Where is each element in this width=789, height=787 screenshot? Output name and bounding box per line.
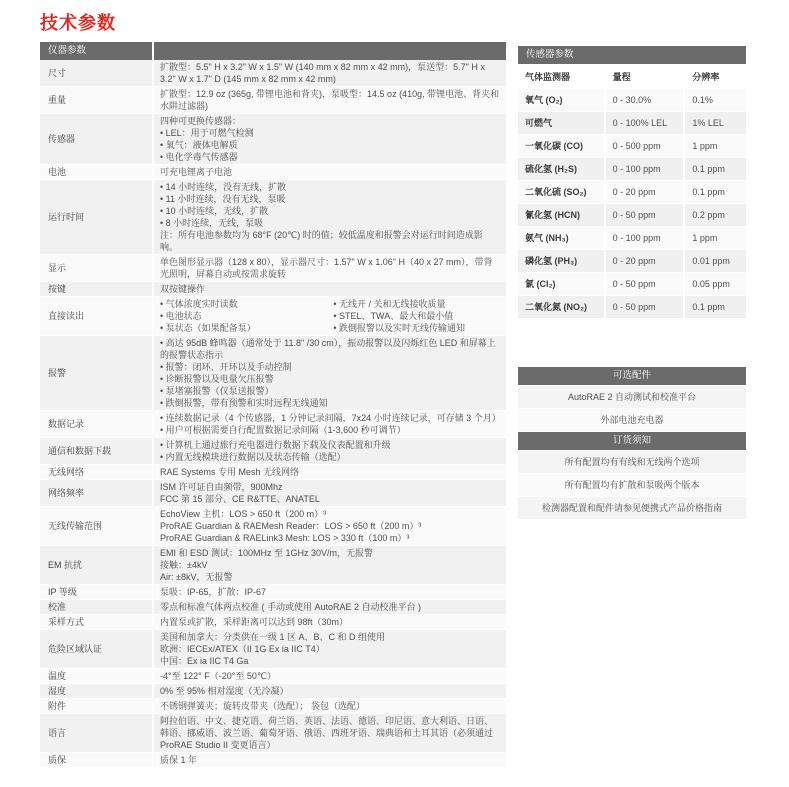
spec-label: 显示 (40, 255, 154, 282)
instrument-parameters-column: 仪器参数 尺寸扩散型：5.5" H x 3.2" W x 1.5" W (140… (40, 42, 506, 768)
sensor-resolution: 1% LEL (683, 112, 746, 135)
spec-line: • 10 小时连续，无线，扩散 (160, 205, 500, 217)
spec-line: 泵吸：IP-65，扩散：IP-67 (160, 586, 500, 598)
spec-value: ISM 许可证自由频带，900MhzFCC 第 15 部分、CE R&TTE、A… (154, 480, 506, 507)
spec-value: 单色图形显示器（128 x 80），显示器尺寸：1.57" W x 1.06" … (154, 255, 506, 282)
sensor-column-header: 量程 (604, 64, 684, 89)
instrument-table-header-spacer (154, 42, 506, 60)
ordering-item: 所有配置均有扩散和泵吸两个版本 (518, 474, 746, 496)
sensor-resolution: 0.1 ppm (683, 181, 746, 204)
accessories-section: 可选配件 AutoRAE 2 自动测试和校准平台外部电池充电器 (518, 367, 746, 431)
spec-label: 数据记录 (40, 411, 154, 438)
page-title: 技术参数 (40, 13, 746, 33)
spec-row: EM 抗扰EMI 和 ESD 测试：100MHz 至 1GHz 30V/m，无报… (40, 546, 506, 585)
spec-line: • 14 小时连续，没有无线，扩散 (160, 181, 500, 193)
sensor-row: 氰化氢 (HCN)0 - 50 ppm0.2 ppm (518, 204, 746, 227)
spec-label: 重量 (40, 87, 154, 114)
spec-line: • 8 小时连续，无线，泵吸 (160, 217, 500, 229)
spec-line: 欧洲：IECEx/ATEX（II 1G Ex ia IIC T4） (160, 643, 500, 655)
spec-row: 无线网络RAE Systems 专用 Mesh 无线网络 (40, 465, 506, 480)
spec-label: 报警 (40, 336, 154, 411)
sensor-row: 二氧化硫 (SO₂)0 - 20 ppm0.1 ppm (518, 181, 746, 204)
sensor-gas-name: 可燃气 (518, 112, 604, 135)
spec-row: 采样方式内置泵或扩散，采样距离可以达到 98ft（30m） (40, 615, 506, 630)
datasheet-page: 技术参数 仪器参数 尺寸扩散型：5.5" H x 3.2" W x 1.5" W… (0, 0, 789, 768)
spec-line: 单色图形显示器（128 x 80），显示器尺寸：1.57" W x 1.06" … (160, 256, 500, 280)
spec-line: 内置泵或扩散，采样距离可以达到 98ft（30m） (160, 616, 500, 628)
spec-row: 湿度0% 至 95% 相对湿度（无冷凝） (40, 684, 506, 699)
spec-line: • 连续数据记录（4 个传感器，1 分钟记录间隔，7x24 小时连续记录，可存储… (160, 412, 500, 424)
sensor-row: 氧气 (O₂)0 - 30.0%0.1% (518, 89, 746, 112)
spec-line: • 计算机上通过旅行充电器进行数据下载及仪表配置和升级 (160, 439, 500, 451)
content-area: 仪器参数 尺寸扩散型：5.5" H x 3.2" W x 1.5" W (140… (40, 42, 746, 768)
sensor-range: 0 - 500 ppm (604, 135, 684, 158)
accessory-item: AutoRAE 2 自动测试和校准平台 (518, 386, 746, 408)
sensor-range: 0 - 100% LEL (604, 112, 684, 135)
spec-row: 电池可充电锂离子电池 (40, 165, 506, 180)
spec-line: • 泵状态（如果配备泵） (160, 322, 333, 334)
spec-label: 危险区域认证 (40, 630, 154, 669)
spec-value: • 气体浓度实时读数• 电池状态• 泵状态（如果配备泵）• 无线开 / 关和无线… (154, 297, 506, 336)
sensor-column-header: 分辨率 (683, 64, 746, 89)
spec-row: IP 等级泵吸：IP-65，扩散：IP-67 (40, 585, 506, 600)
spec-label: 语言 (40, 714, 154, 753)
spec-value: 零点和标准气体两点校准 ( 手动或使用 AutoRAE 2 自动校准平台 ) (154, 600, 506, 615)
spec-value: RAE Systems 专用 Mesh 无线网络 (154, 465, 506, 480)
spec-row: 显示单色图形显示器（128 x 80），显示器尺寸：1.57" W x 1.06… (40, 255, 506, 282)
spec-line: • 报警：闭环、开环以及手动控制 (160, 361, 500, 373)
spec-value: -4°至 122° F（-20°至 50℃） (154, 669, 506, 684)
spec-row: 网络频率ISM 许可证自由频带，900MhzFCC 第 15 部分、CE R&T… (40, 480, 506, 507)
spec-row: 附件不锈钢弹簧夹；旋转皮带夹（选配）； 袋包（选配） (40, 699, 506, 714)
spec-label: 按键 (40, 282, 154, 297)
sensor-range: 0 - 50 ppm (604, 273, 684, 296)
spec-value: • 14 小时连续，没有无线，扩散• 11 小时连续，没有无线，泵吸• 10 小… (154, 180, 506, 255)
spec-label: 湿度 (40, 684, 154, 699)
instrument-table-header-label: 仪器参数 (40, 42, 154, 60)
sensor-range: 0 - 20 ppm (604, 250, 684, 273)
spec-label: 尺寸 (40, 60, 154, 87)
spec-line: • 用户可根据需要自行配置数据记录间隔（1-3,600 秒可调节） (160, 424, 500, 436)
sensor-range: 0 - 20 ppm (604, 181, 684, 204)
sensor-table-column-header-row: 气体监测器量程分辨率 (518, 64, 746, 89)
spec-line: ProRAE Guardian & RAELink3 Mesh: LOS > 3… (160, 532, 500, 544)
spec-line: • 气体浓度实时读数 (160, 298, 333, 310)
sensor-gas-name: 磷化氢 (PH₃) (518, 250, 604, 273)
spec-row: 传感器四种可更换传感器：• LEL：用于可燃气检测• 氧气：液体电解质• 电化学… (40, 114, 506, 165)
spec-value: • 高达 95dB 蜂鸣器（通常处于 11.8" /30 cm），振动报警以及闪… (154, 336, 506, 411)
spec-line: • 内置无线模块进行数据以及状态传输（选配） (160, 451, 500, 463)
spec-line: 扩散型：5.5" H x 3.2" W x 1.5" W (140 mm x 8… (160, 61, 500, 85)
spec-row: 校准零点和标准气体两点校准 ( 手动或使用 AutoRAE 2 自动校准平台 ) (40, 600, 506, 615)
sensor-row: 磷化氢 (PH₃)0 - 20 ppm0.01 ppm (518, 250, 746, 273)
sensor-gas-name: 二氧化氮 (NO₂) (518, 296, 604, 319)
spec-line: FCC 第 15 部分、CE R&TTE、ANATEL (160, 493, 500, 505)
spec-label: 温度 (40, 669, 154, 684)
spec-line: 不锈钢弹簧夹；旋转皮带夹（选配）； 袋包（选配） (160, 700, 500, 712)
sensor-gas-name: 二氧化硫 (SO₂) (518, 181, 604, 204)
spec-label: EM 抗扰 (40, 546, 154, 585)
sensor-range: 0 - 50 ppm (604, 296, 684, 319)
spec-line: 扩散型：12.9 oz (365g, 带锂电池和背夹)，泵吸型：14.5 oz … (160, 88, 500, 112)
sidebar-column: 传感器参数 气体监测器量程分辨率 氧气 (O₂)0 - 30.0%0.1%可燃气… (518, 42, 746, 519)
sensor-resolution: 0.2 ppm (683, 204, 746, 227)
instrument-spec-table: 仪器参数 尺寸扩散型：5.5" H x 3.2" W x 1.5" W (140… (40, 42, 506, 768)
sensor-row: 硫化氢 (H₂S)0 - 100 ppm0.1 ppm (518, 158, 746, 181)
spec-value: 0% 至 95% 相对湿度（无冷凝） (154, 684, 506, 699)
spec-label: 质保 (40, 753, 154, 768)
spec-line: 质保 1 年 (160, 754, 500, 766)
spec-line: 四种可更换传感器： (160, 115, 500, 127)
spec-line: • STEL、TWA、最大和最小值 (333, 310, 500, 322)
spec-label: 网络频率 (40, 480, 154, 507)
spec-value: EMI 和 ESD 测试：100MHz 至 1GHz 30V/m，无报警接触：±… (154, 546, 506, 585)
spec-line: 可充电锂离子电池 (160, 166, 500, 178)
spec-line: EchoView 主机：LOS > 650 ft（200 m）³ (160, 508, 500, 520)
spec-row: 尺寸扩散型：5.5" H x 3.2" W x 1.5" W (140 mm x… (40, 60, 506, 87)
spec-line: • 电化学毒气传感器 (160, 151, 500, 163)
spec-row: 温度-4°至 122° F（-20°至 50℃） (40, 669, 506, 684)
sensor-resolution: 0.01 ppm (683, 250, 746, 273)
sensor-resolution: 1 ppm (683, 135, 746, 158)
sensor-gas-name: 氰化氢 (HCN) (518, 204, 604, 227)
spec-value: EchoView 主机：LOS > 650 ft（200 m）³ProRAE G… (154, 507, 506, 546)
spec-label: 采样方式 (40, 615, 154, 630)
spec-label: 传感器 (40, 114, 154, 165)
spec-row: 直接读出• 气体浓度实时读数• 电池状态• 泵状态（如果配备泵）• 无线开 / … (40, 297, 506, 336)
sensor-row: 二氧化氮 (NO₂)0 - 50 ppm0.1 ppm (518, 296, 746, 319)
spec-line: ISM 许可证自由频带，900Mhz (160, 481, 500, 493)
sensor-range: 0 - 100 ppm (604, 158, 684, 181)
sensor-row: 可燃气0 - 100% LEL1% LEL (518, 112, 746, 135)
spec-row: 数据记录• 连续数据记录（4 个传感器，1 分钟记录间隔，7x24 小时连续记录… (40, 411, 506, 438)
spec-label: 无线传输范围 (40, 507, 154, 546)
spec-value: 阿拉伯语、中文、捷克语、荷兰语、英语、法语、德语、印尼语、意大利语、日语、韩语、… (154, 714, 506, 753)
spec-line: 中国：Ex ia IIC T4 Ga (160, 655, 500, 667)
spec-line: 双按键操作 (160, 283, 500, 295)
sensor-resolution: 1 ppm (683, 227, 746, 250)
sensor-gas-name: 氧气 (O₂) (518, 89, 604, 112)
sensor-spec-table: 气体监测器量程分辨率 氧气 (O₂)0 - 30.0%0.1%可燃气0 - 10… (518, 64, 746, 319)
sensor-resolution: 0.1% (683, 89, 746, 112)
instrument-table-header-row: 仪器参数 (40, 42, 506, 60)
sensor-row: 氯 (Cl₂)0 - 50 ppm0.05 ppm (518, 273, 746, 296)
sensor-row: 氨气 (NH₃)0 - 100 ppm1 ppm (518, 227, 746, 250)
spec-label: 附件 (40, 699, 154, 714)
spec-value: 不锈钢弹簧夹；旋转皮带夹（选配）； 袋包（选配） (154, 699, 506, 714)
spec-line: ProRAE Guardian & RAEMesh Reader：LOS > 6… (160, 520, 500, 532)
accessories-header: 可选配件 (518, 367, 746, 385)
spec-line: • 跌倒报警以及实时无线传输通知 (333, 322, 500, 334)
sensor-resolution: 0.05 ppm (683, 273, 746, 296)
spec-line: Air: ±8kV，无报警 (160, 571, 500, 583)
sensor-column-header: 气体监测器 (518, 64, 604, 89)
spec-line: 0% 至 95% 相对湿度（无冷凝） (160, 685, 500, 697)
spec-value: 双按键操作 (154, 282, 506, 297)
spec-value: 四种可更换传感器：• LEL：用于可燃气检测• 氧气：液体电解质• 电化学毒气传… (154, 114, 506, 165)
sensor-gas-name: 氨气 (NH₃) (518, 227, 604, 250)
spec-row: 通信和数据下载• 计算机上通过旅行充电器进行数据下载及仪表配置和升级• 内置无线… (40, 438, 506, 465)
spec-value: 扩散型：5.5" H x 3.2" W x 1.5" W (140 mm x 8… (154, 60, 506, 87)
spec-line: • 泵堵塞报警（仅泵送报警） (160, 385, 500, 397)
spec-line: • 无线开 / 关和无线接收质量 (333, 298, 500, 310)
sensor-range: 0 - 30.0% (604, 89, 684, 112)
spec-label: 直接读出 (40, 297, 154, 336)
spec-row: 报警• 高达 95dB 蜂鸣器（通常处于 11.8" /30 cm），振动报警以… (40, 336, 506, 411)
spec-line: • LEL：用于可燃气检测 (160, 127, 500, 139)
ordering-header: 订货须知 (518, 432, 746, 450)
spec-line: 注：所有电池参数均为 68°F (20℃) 时的值；较低温度和报警会对运行时间造… (160, 229, 500, 253)
spec-row: 质保质保 1 年 (40, 753, 506, 768)
spec-value: 扩散型：12.9 oz (365g, 带锂电池和背夹)，泵吸型：14.5 oz … (154, 87, 506, 114)
spec-line: • 氧气：液体电解质 (160, 139, 500, 151)
spec-value: 可充电锂离子电池 (154, 165, 506, 180)
sensor-resolution: 0.1 ppm (683, 158, 746, 181)
sensor-gas-name: 氯 (Cl₂) (518, 273, 604, 296)
spec-label: IP 等级 (40, 585, 154, 600)
ordering-item: 检测器配置和配件请参见便携式产品价格指南 (518, 497, 746, 519)
spec-row: 语言阿拉伯语、中文、捷克语、荷兰语、英语、法语、德语、印尼语、意大利语、日语、韩… (40, 714, 506, 753)
spec-line: 阿拉伯语、中文、捷克语、荷兰语、英语、法语、德语、印尼语、意大利语、日语、韩语、… (160, 715, 500, 751)
sensor-table-header: 传感器参数 (518, 46, 746, 64)
spec-label: 无线网络 (40, 465, 154, 480)
spec-label: 运行时间 (40, 180, 154, 255)
spec-row: 危险区域认证美国和加拿大：分类供在一级 1 区 A、B、C 和 D 组使用欧洲：… (40, 630, 506, 669)
spec-line: EMI 和 ESD 测试：100MHz 至 1GHz 30V/m，无报警 (160, 547, 500, 559)
sensor-gas-name: 硫化氢 (H₂S) (518, 158, 604, 181)
spec-label: 校准 (40, 600, 154, 615)
accessory-item: 外部电池充电器 (518, 409, 746, 431)
spec-value: • 连续数据记录（4 个传感器，1 分钟记录间隔，7x24 小时连续记录，可存储… (154, 411, 506, 438)
spec-line: 美国和加拿大：分类供在一级 1 区 A、B、C 和 D 组使用 (160, 631, 500, 643)
spec-value: 内置泵或扩散，采样距离可以达到 98ft（30m） (154, 615, 506, 630)
spec-row: 运行时间• 14 小时连续，没有无线，扩散• 11 小时连续，没有无线，泵吸• … (40, 180, 506, 255)
spec-value: • 计算机上通过旅行充电器进行数据下载及仪表配置和升级• 内置无线模块进行数据以… (154, 438, 506, 465)
spec-line: • 11 小时连续，没有无线，泵吸 (160, 193, 500, 205)
ordering-item: 所有配置均有有线和无线两个选项 (518, 451, 746, 473)
spec-line: • 电池状态 (160, 310, 333, 322)
spec-value: 美国和加拿大：分类供在一级 1 区 A、B、C 和 D 组使用欧洲：IECEx/… (154, 630, 506, 669)
spec-value-column: • 气体浓度实时读数• 电池状态• 泵状态（如果配备泵） (160, 298, 333, 334)
spec-value: 质保 1 年 (154, 753, 506, 768)
ordering-section: 订货须知 所有配置均有有线和无线两个选项所有配置均有扩散和泵吸两个版本检测器配置… (518, 432, 746, 519)
spec-value: 泵吸：IP-65，扩散：IP-67 (154, 585, 506, 600)
spec-label: 通信和数据下载 (40, 438, 154, 465)
spec-line: 接触：±4kV (160, 559, 500, 571)
sensor-range: 0 - 100 ppm (604, 227, 684, 250)
sensor-row: 一氧化碳 (CO)0 - 500 ppm1 ppm (518, 135, 746, 158)
spec-row: 按键双按键操作 (40, 282, 506, 297)
spec-line: RAE Systems 专用 Mesh 无线网络 (160, 466, 500, 478)
spec-line: -4°至 122° F（-20°至 50℃） (160, 670, 500, 682)
sensor-gas-name: 一氧化碳 (CO) (518, 135, 604, 158)
spec-label: 电池 (40, 165, 154, 180)
spec-line: • 跌倒报警，带有预警和实时远程无线通知 (160, 397, 500, 409)
spec-line: • 高达 95dB 蜂鸣器（通常处于 11.8" /30 cm），振动报警以及闪… (160, 337, 500, 361)
sensor-range: 0 - 50 ppm (604, 204, 684, 227)
spec-row: 无线传输范围EchoView 主机：LOS > 650 ft（200 m）³Pr… (40, 507, 506, 546)
spec-line: • 诊断报警以及电量欠压报警 (160, 373, 500, 385)
spec-line: 零点和标准气体两点校准 ( 手动或使用 AutoRAE 2 自动校准平台 ) (160, 601, 500, 613)
spec-value-columns: • 气体浓度实时读数• 电池状态• 泵状态（如果配备泵）• 无线开 / 关和无线… (160, 298, 500, 334)
sensor-resolution: 0.1 ppm (683, 296, 746, 319)
spec-value-column: • 无线开 / 关和无线接收质量• STEL、TWA、最大和最小值• 跌倒报警以… (333, 298, 500, 334)
spec-row: 重量扩散型：12.9 oz (365g, 带锂电池和背夹)，泵吸型：14.5 o… (40, 87, 506, 114)
